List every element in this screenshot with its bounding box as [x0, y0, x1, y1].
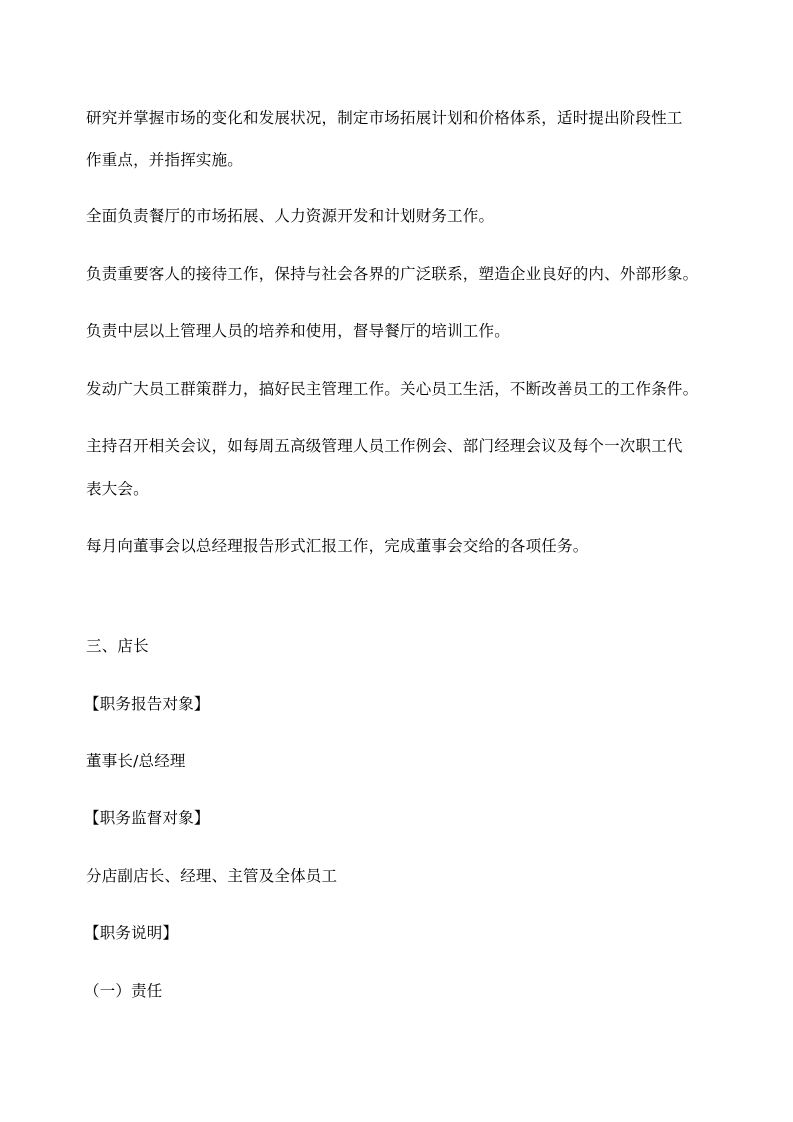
paragraph-line: 发动广大员工群策群力，搞好民主管理工作。关心员工生活，不断改善员工的工作条件。 — [86, 379, 698, 399]
paragraph-line: 每月向董事会以总经理报告形式汇报工作，完成董事会交给的各项任务。 — [86, 536, 588, 556]
paragraph-line: 主持召开相关会议，如每周五高级管理人员工作例会、部门经理会议及每个一次职工代 — [86, 436, 683, 456]
subsection-heading: （一）责任 — [84, 981, 163, 1001]
report-to-label: 【职务报告对象】 — [84, 694, 210, 714]
paragraph-line: 负责中层以上管理人员的培养和使用，督导餐厅的培训工作。 — [86, 321, 510, 341]
document-page: 研究并掌握市场的变化和发展状况，制定市场拓展计划和价格体系，适时提出阶段性工 作… — [0, 0, 793, 1122]
paragraph-line: 全面负责餐厅的市场拓展、人力资源开发和计划财务工作。 — [86, 206, 494, 226]
supervise-value: 分店副店长、经理、主管及全体员工 — [86, 866, 337, 886]
supervise-label: 【职务监督对象】 — [84, 808, 210, 828]
description-label: 【职务说明】 — [84, 923, 178, 943]
paragraph-line: 研究并掌握市场的变化和发展状况，制定市场拓展计划和价格体系，适时提出阶段性工 — [86, 108, 683, 128]
section-heading: 三、店长 — [86, 636, 149, 656]
paragraph-line: 负责重要客人的接待工作，保持与社会各界的广泛联系，塑造企业良好的内、外部形象。 — [86, 264, 698, 284]
paragraph-line: 作重点，并指挥实施。 — [86, 150, 243, 170]
paragraph-line: 表大会。 — [86, 479, 149, 499]
report-to-value: 董事长/总经理 — [86, 751, 186, 771]
